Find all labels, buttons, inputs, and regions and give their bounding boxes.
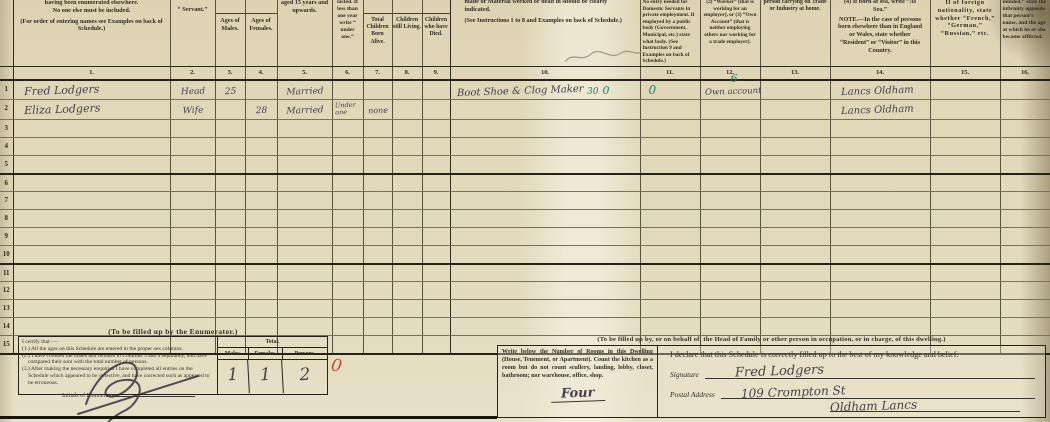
work-at-home-cell: [760, 100, 830, 120]
row-cell: [830, 210, 930, 228]
row-cell: [277, 228, 332, 246]
row-cell: [450, 246, 640, 264]
certify-item: (2.) I have counted the males and female…: [22, 353, 214, 367]
row-cell: [170, 246, 215, 264]
row-cell: [392, 192, 422, 210]
row-cell: [332, 246, 363, 264]
row-cell: [13, 282, 170, 300]
children-died-column-header: Children who have Died.: [422, 0, 450, 67]
totals-check-mark: 0: [330, 355, 344, 376]
column-number: 15.: [930, 67, 1000, 81]
row-cell: [830, 318, 930, 336]
occupation-cell: [450, 100, 640, 120]
row-cell: [830, 282, 930, 300]
household-box: Write below the Number of Rooms in this …: [497, 345, 1046, 418]
row-cell: [760, 300, 830, 318]
row-cell: [277, 192, 332, 210]
rooms-value: Four: [551, 386, 605, 403]
row-cell: [215, 210, 245, 228]
birthplace-column-header: (4) If born at sea, write “At Sea.” NOTE…: [830, 0, 930, 67]
row-number-header: [0, 0, 13, 67]
females-header: Females.: [249, 348, 283, 359]
row-cell: [13, 228, 170, 246]
row-cell: [363, 318, 392, 336]
row-cell: [700, 156, 760, 174]
row-cell: [930, 120, 1000, 138]
row-cell: [700, 228, 760, 246]
row-cell: [332, 174, 363, 192]
row-cell: [245, 174, 277, 192]
row-cell: [422, 264, 450, 282]
row-cell: [760, 228, 830, 246]
row-cell: [277, 300, 332, 318]
row-cell: [422, 228, 450, 246]
row-cell: [450, 120, 640, 138]
row-cell: [170, 282, 215, 300]
table-row: 9: [0, 228, 1050, 246]
children-died-cell: [422, 100, 450, 120]
signature-underline: Fred Lodgers: [705, 365, 1035, 379]
row-cell: [930, 264, 1000, 282]
row-cell: [332, 210, 363, 228]
row-cell: [640, 210, 700, 228]
row-cell: [277, 174, 332, 192]
row-number: 10: [0, 246, 13, 264]
postal-address-value2: Oldham Lancs: [830, 398, 918, 413]
occupation-check-mark: 0: [602, 84, 609, 97]
row-cell: [392, 138, 422, 156]
table-row: 7: [0, 192, 1050, 210]
row-cell: [332, 138, 363, 156]
row-cell: [700, 318, 760, 336]
marriage-duration-column-header: lasted. If less than one year write “ un…: [332, 0, 363, 67]
row-cell: [450, 264, 640, 282]
row-cell: [450, 210, 640, 228]
row-cell: [640, 174, 700, 192]
column-number: 13.: [760, 67, 830, 81]
row-cell: [700, 246, 760, 264]
children-born-cell: none: [363, 100, 392, 120]
row-cell: [760, 318, 830, 336]
table-row: 5: [0, 156, 1050, 174]
industry-cell: [640, 100, 700, 120]
row-cell: [170, 120, 215, 138]
row-cell: [170, 174, 215, 192]
children-living-column-header: Children still Living.: [392, 0, 422, 67]
row-number: 13: [0, 300, 13, 318]
row-cell: [760, 174, 830, 192]
row-cell: [277, 156, 332, 174]
row-cell: [760, 120, 830, 138]
column-number: 7.: [363, 67, 392, 81]
nationality-cell: [930, 80, 1000, 100]
industry-cell: 0: [640, 80, 700, 100]
row-cell: [13, 120, 170, 138]
column-number: 14.: [830, 67, 930, 81]
row-cell: [215, 192, 245, 210]
row-cell: [332, 192, 363, 210]
row-cell: [450, 156, 640, 174]
males-header: Males.: [218, 348, 249, 359]
employment-status-column-header: (2) “Worker” (that is working for an emp…: [700, 0, 760, 67]
row-cell: [930, 282, 1000, 300]
infirmity-column-header: minded,” state the infirmity opposite th…: [1000, 0, 1050, 67]
row-cell: [830, 246, 930, 264]
row-cell: [1000, 138, 1050, 156]
initials-line: Initials of Enumerator: [22, 390, 214, 400]
row-cell: [830, 264, 930, 282]
column-number-row: 1. 2. 3. 4. 5. 6. 7. 8. 9. 10. 11. 12. 1…: [0, 67, 1050, 81]
row-cell: [930, 210, 1000, 228]
household-section-title: (To be filled up by, or on behalf of, th…: [497, 336, 1046, 343]
row-cell: [245, 228, 277, 246]
occupation-code-mark: 30: [587, 87, 598, 97]
employment-cell: 6 Own account: [700, 80, 760, 100]
employment-cell: [700, 100, 760, 120]
row-number: 4: [0, 138, 13, 156]
column-number: 1.: [13, 67, 170, 81]
row-cell: [450, 174, 640, 192]
row-cell: [450, 318, 640, 336]
row-number: 15: [0, 336, 13, 354]
row-cell: [640, 246, 700, 264]
row-cell: [13, 156, 170, 174]
row-cell: [363, 210, 392, 228]
row-cell: [760, 192, 830, 210]
row-cell: [392, 300, 422, 318]
row-cell: [830, 192, 930, 210]
table-row: 10: [0, 246, 1050, 264]
row-cell: [830, 300, 930, 318]
age-males-column-header: Ages of Males.: [215, 0, 245, 67]
census-schedule-page: having been enumerated elsewhere. No one…: [0, 0, 1050, 422]
row-cell: [245, 246, 277, 264]
relation-column-header: “ Servant.”: [170, 0, 215, 67]
row-cell: [1000, 174, 1050, 192]
row-cell: [245, 264, 277, 282]
row-cell: [13, 300, 170, 318]
row-cell: [332, 156, 363, 174]
postal-address-underline: 109 Crompton St: [721, 385, 1035, 399]
row-cell: [332, 318, 363, 336]
row-cell: [450, 192, 640, 210]
row-cell: [392, 246, 422, 264]
row-cell: [392, 318, 422, 336]
row-cell: [170, 228, 215, 246]
row-cell: [13, 246, 170, 264]
declaration-cell: I declare that this Schedule is correctl…: [658, 346, 1045, 417]
row-cell: [930, 156, 1000, 174]
row-cell: [332, 120, 363, 138]
work-at-home-cell: [760, 80, 830, 100]
row-cell: [640, 318, 700, 336]
certify-item: (3.) After making the necessary enquirie…: [22, 366, 214, 386]
row-cell: [930, 228, 1000, 246]
column-number: 6.: [332, 67, 363, 81]
row-cell: [450, 138, 640, 156]
row-cell: [392, 174, 422, 192]
row-cell: [363, 174, 392, 192]
age-females-column-header: Ages of Females.: [245, 0, 277, 67]
row-cell: [422, 210, 450, 228]
row-cell: [760, 264, 830, 282]
marriage-cell: Married: [277, 100, 332, 120]
row-cell: [422, 156, 450, 174]
row-cell: [392, 264, 422, 282]
row-number: 1: [0, 80, 13, 100]
table-row: 11: [0, 264, 1050, 282]
row-cell: [422, 300, 450, 318]
age-female-cell: 28: [245, 100, 277, 120]
postal-address-label: Postal Address: [670, 390, 715, 399]
females-total: 1: [248, 359, 284, 395]
column-number: 11.: [640, 67, 700, 81]
table-row: 2 Eliza Lodgers Wife 28 Married Under on…: [0, 100, 1050, 120]
name-cell: Eliza Lodgers: [13, 100, 170, 120]
row-cell: [215, 138, 245, 156]
row-cell: [422, 246, 450, 264]
row-cell: [363, 300, 392, 318]
row-number: 14: [0, 318, 13, 336]
column-number: 5.: [277, 67, 332, 81]
persons-header: Persons.: [283, 348, 327, 359]
row-cell: [640, 228, 700, 246]
row-cell: [700, 174, 760, 192]
row-cell: [930, 138, 1000, 156]
enumerator-box: I certify that :— (1.) All the ages on t…: [18, 336, 328, 395]
column-number: 8.: [392, 67, 422, 81]
row-cell: [930, 300, 1000, 318]
row-cell: [245, 156, 277, 174]
census-table: having been enumerated elsewhere. No one…: [0, 0, 1050, 355]
row-cell: [363, 228, 392, 246]
row-cell: [277, 264, 332, 282]
totals-title: Total.: [218, 337, 327, 348]
row-cell: [422, 318, 450, 336]
column-number: 16.: [1000, 67, 1050, 81]
row-cell: [13, 138, 170, 156]
row-cell: [363, 192, 392, 210]
row-cell: [363, 282, 392, 300]
certify-item: (1.) All the ages on this Schedule are e…: [22, 346, 214, 353]
signature-value: Fred Lodgers: [735, 363, 824, 379]
row-cell: [215, 264, 245, 282]
row-cell: [332, 336, 363, 354]
row-cell: [700, 192, 760, 210]
row-number: 9: [0, 228, 13, 246]
row-cell: [830, 138, 930, 156]
row-cell: [700, 282, 760, 300]
row-cell: [1000, 228, 1050, 246]
row-cell: [245, 210, 277, 228]
header-row: having been enumerated elsewhere. No one…: [0, 0, 1050, 67]
row-cell: [640, 282, 700, 300]
occupation-column-header: made or Material worked or dealt in shou…: [450, 0, 640, 67]
table-row: 3: [0, 120, 1050, 138]
age-male-cell: 25: [215, 80, 245, 100]
name-cell: Fred Lodgers: [13, 80, 170, 100]
table-row: 1 Fred Lodgers Head 25 Married Boot Shoe…: [0, 80, 1050, 100]
age-male-cell: [215, 100, 245, 120]
row-cell: [13, 264, 170, 282]
row-number: 11: [0, 264, 13, 282]
row-cell: [1000, 192, 1050, 210]
bottom-rule: [0, 416, 497, 419]
row-cell: [392, 282, 422, 300]
row-cell: [830, 156, 930, 174]
row-cell: [640, 156, 700, 174]
duration-cell: Under one: [332, 100, 363, 120]
row-cell: [170, 156, 215, 174]
row-cell: [332, 264, 363, 282]
row-cell: [1000, 300, 1050, 318]
row-cell: [215, 300, 245, 318]
age-female-cell: [245, 80, 277, 100]
name-column-header: having been enumerated elsewhere. No one…: [13, 0, 170, 67]
occupation-cell: Boot Shoe & Clog Maker 30 0: [450, 80, 640, 100]
row-cell: [215, 120, 245, 138]
children-born-cell: [363, 80, 392, 100]
row-cell: [640, 120, 700, 138]
row-cell: [332, 282, 363, 300]
totals-value-row: 1 1 2: [218, 360, 327, 394]
row-cell: [422, 120, 450, 138]
row-cell: [170, 210, 215, 228]
row-cell: [700, 138, 760, 156]
row-number: 3: [0, 120, 13, 138]
row-cell: [13, 192, 170, 210]
certify-intro: I certify that :—: [22, 339, 214, 346]
row-number: 12: [0, 282, 13, 300]
column-number: 4.: [245, 67, 277, 81]
table-row: 13: [0, 300, 1050, 318]
industry-check-mark: 0: [641, 83, 657, 97]
row-cell: [170, 192, 215, 210]
row-cell: [215, 174, 245, 192]
relation-cell: Head: [170, 80, 215, 100]
postal-address-value: 109 Crompton St: [741, 384, 846, 400]
table-row: 12: [0, 282, 1050, 300]
row-cell: [700, 120, 760, 138]
declaration-text: I declare that this Schedule is correctl…: [670, 350, 1035, 359]
row-cell: [245, 138, 277, 156]
row-cell: [760, 210, 830, 228]
row-cell: [640, 192, 700, 210]
industry-column-header: No entry needed for Domestic Servants in…: [640, 0, 700, 67]
children-living-cell: [392, 80, 422, 100]
table-row: 8: [0, 210, 1050, 228]
row-cell: [392, 210, 422, 228]
row-cell: [170, 264, 215, 282]
row-cell: [700, 300, 760, 318]
row-cell: [830, 174, 930, 192]
row-cell: [930, 246, 1000, 264]
marriage-cell: Married: [277, 80, 332, 100]
row-cell: [700, 210, 760, 228]
row-cell: [392, 336, 422, 354]
row-cell: [277, 210, 332, 228]
children-born-column-header: Total Children Born Alive.: [363, 0, 392, 67]
table-row: 4: [0, 138, 1050, 156]
row-cell: [1000, 246, 1050, 264]
row-cell: [170, 300, 215, 318]
column-number: 9.: [422, 67, 450, 81]
row-cell: [392, 120, 422, 138]
nationality-cell: [930, 100, 1000, 120]
row-cell: [930, 174, 1000, 192]
row-cell: [215, 282, 245, 300]
row-cell: [245, 282, 277, 300]
row-cell: [640, 138, 700, 156]
row-number: 5: [0, 156, 13, 174]
row-cell: [830, 228, 930, 246]
marriage-column-header: aged 15 years and upwards.: [277, 0, 332, 67]
row-cell: [1000, 264, 1050, 282]
postal-address-line2: Oldham Lancs: [830, 399, 1020, 412]
row-cell: [422, 192, 450, 210]
relation-cell: Wife: [170, 100, 215, 120]
row-cell: [760, 138, 830, 156]
column-number: 3.: [215, 67, 245, 81]
duration-cell: [332, 80, 363, 100]
row-cell: [215, 228, 245, 246]
row-cell: [13, 174, 170, 192]
row-cell: [422, 138, 450, 156]
row-cell: [422, 336, 450, 354]
enumerator-certification: I certify that :— (1.) All the ages on t…: [19, 337, 218, 394]
row-cell: [170, 138, 215, 156]
birthplace-cell: Lancs Oldham: [830, 80, 930, 100]
totals-header-row: Males. Females. Persons.: [218, 348, 327, 360]
row-cell: [277, 282, 332, 300]
row-cell: [450, 228, 640, 246]
row-cell: [277, 138, 332, 156]
row-cell: [363, 336, 392, 354]
row-cell: [700, 264, 760, 282]
row-cell: [450, 300, 640, 318]
row-cell: [363, 246, 392, 264]
row-cell: [332, 228, 363, 246]
row-cell: [1000, 318, 1050, 336]
totals-table: Total. Males. Females. Persons. 1 1 2: [218, 337, 327, 394]
males-total: 1: [217, 359, 250, 395]
row-cell: [277, 120, 332, 138]
row-cell: [930, 318, 1000, 336]
nationality-column-header: If of foreign nationality, state whether…: [930, 0, 1000, 67]
birthplace-cell: Lancs Oldham: [830, 100, 930, 120]
row-cell: [215, 246, 245, 264]
row-number: 8: [0, 210, 13, 228]
row-cell: [245, 300, 277, 318]
row-cell: [1000, 210, 1050, 228]
row-cell: [363, 120, 392, 138]
row-cell: [450, 282, 640, 300]
column-number-blank: [0, 67, 13, 81]
enumerator-section-title: (To be filled up by the Enumerator.): [18, 327, 328, 336]
row-cell: [930, 192, 1000, 210]
rooms-value-line: Four: [502, 387, 653, 402]
children-died-cell: [422, 80, 450, 100]
row-cell: [363, 264, 392, 282]
row-cell: [245, 192, 277, 210]
initials-underline: [115, 390, 195, 397]
row-cell: [332, 300, 363, 318]
row-cell: [245, 120, 277, 138]
row-cell: [422, 282, 450, 300]
row-cell: [640, 264, 700, 282]
postal-address-line: Postal Address 109 Crompton St: [670, 385, 1035, 399]
column-number: 10.: [450, 67, 640, 81]
